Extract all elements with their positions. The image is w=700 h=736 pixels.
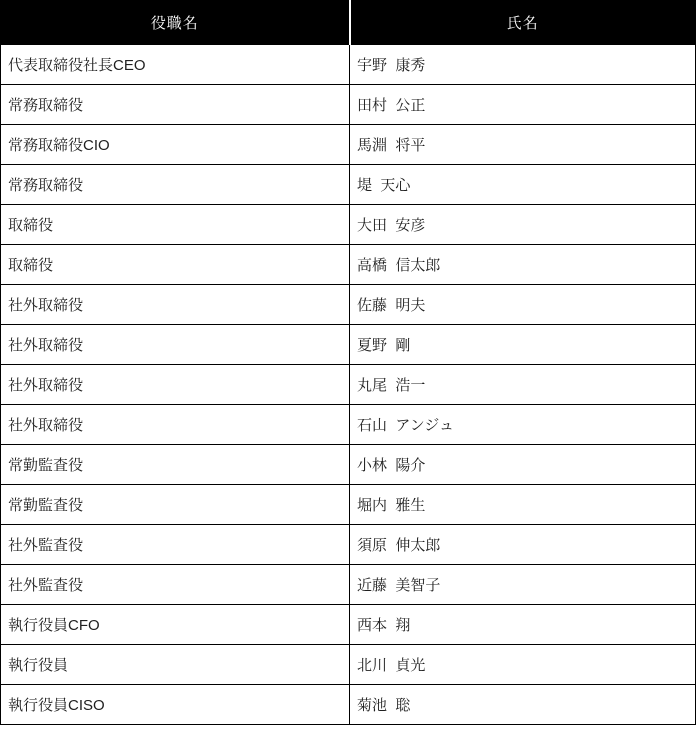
name-cell: 堀内 雅生 (350, 485, 696, 525)
table-row: 社外監査役近藤 美智子 (1, 565, 696, 605)
table-row: 執行役員北川 貞光 (1, 645, 696, 685)
name-cell: 堤 天心 (350, 165, 696, 205)
role-cell: 取締役 (1, 245, 350, 285)
role-cell: 取締役 (1, 205, 350, 245)
table-row: 社外取締役丸尾 浩一 (1, 365, 696, 405)
table-row: 執行役員CFO西本 翔 (1, 605, 696, 645)
table-row: 取締役大田 安彦 (1, 205, 696, 245)
table-row: 常務取締役堤 天心 (1, 165, 696, 205)
role-cell: 常勤監査役 (1, 445, 350, 485)
name-cell: 須原 伸太郎 (350, 525, 696, 565)
name-cell: 宇野 康秀 (350, 45, 696, 85)
name-cell: 丸尾 浩一 (350, 365, 696, 405)
table-row: 常務取締役CIO馬淵 将平 (1, 125, 696, 165)
name-cell: 佐藤 明夫 (350, 285, 696, 325)
role-cell: 社外取締役 (1, 285, 350, 325)
role-cell: 代表取締役社長CEO (1, 45, 350, 85)
table-row: 執行役員CISO菊池 聡 (1, 685, 696, 725)
table-row: 社外取締役夏野 剛 (1, 325, 696, 365)
name-cell: 近藤 美智子 (350, 565, 696, 605)
name-cell: 小林 陽介 (350, 445, 696, 485)
name-cell: 西本 翔 (350, 605, 696, 645)
page: 役職名 氏名 代表取締役社長CEO宇野 康秀常務取締役田村 公正常務取締役CIO… (0, 0, 700, 736)
role-cell: 社外取締役 (1, 325, 350, 365)
role-cell: 社外監査役 (1, 525, 350, 565)
name-cell: 夏野 剛 (350, 325, 696, 365)
role-cell: 社外取締役 (1, 365, 350, 405)
name-cell: 菊池 聡 (350, 685, 696, 725)
role-cell: 常務取締役 (1, 85, 350, 125)
role-cell: 執行役員CFO (1, 605, 350, 645)
role-cell: 社外取締役 (1, 405, 350, 445)
table-row: 常務取締役田村 公正 (1, 85, 696, 125)
table-row: 社外取締役佐藤 明夫 (1, 285, 696, 325)
role-cell: 執行役員 (1, 645, 350, 685)
table-row: 常勤監査役堀内 雅生 (1, 485, 696, 525)
table-body: 代表取締役社長CEO宇野 康秀常務取締役田村 公正常務取締役CIO馬淵 将平常務… (1, 45, 696, 725)
table-row: 取締役高橋 信太郎 (1, 245, 696, 285)
name-cell: 馬淵 将平 (350, 125, 696, 165)
name-cell: 高橋 信太郎 (350, 245, 696, 285)
column-header-role: 役職名 (1, 1, 350, 45)
table-row: 社外取締役石山 アンジュ (1, 405, 696, 445)
role-cell: 常務取締役CIO (1, 125, 350, 165)
role-cell: 常務取締役 (1, 165, 350, 205)
role-cell: 執行役員CISO (1, 685, 350, 725)
name-cell: 大田 安彦 (350, 205, 696, 245)
header-row: 役職名 氏名 (1, 1, 696, 45)
column-header-name: 氏名 (350, 1, 696, 45)
officers-table: 役職名 氏名 代表取締役社長CEO宇野 康秀常務取締役田村 公正常務取締役CIO… (0, 0, 696, 725)
table-header: 役職名 氏名 (1, 1, 696, 45)
table-row: 代表取締役社長CEO宇野 康秀 (1, 45, 696, 85)
table-row: 常勤監査役小林 陽介 (1, 445, 696, 485)
role-cell: 社外監査役 (1, 565, 350, 605)
table-row: 社外監査役須原 伸太郎 (1, 525, 696, 565)
name-cell: 北川 貞光 (350, 645, 696, 685)
name-cell: 田村 公正 (350, 85, 696, 125)
name-cell: 石山 アンジュ (350, 405, 696, 445)
role-cell: 常勤監査役 (1, 485, 350, 525)
